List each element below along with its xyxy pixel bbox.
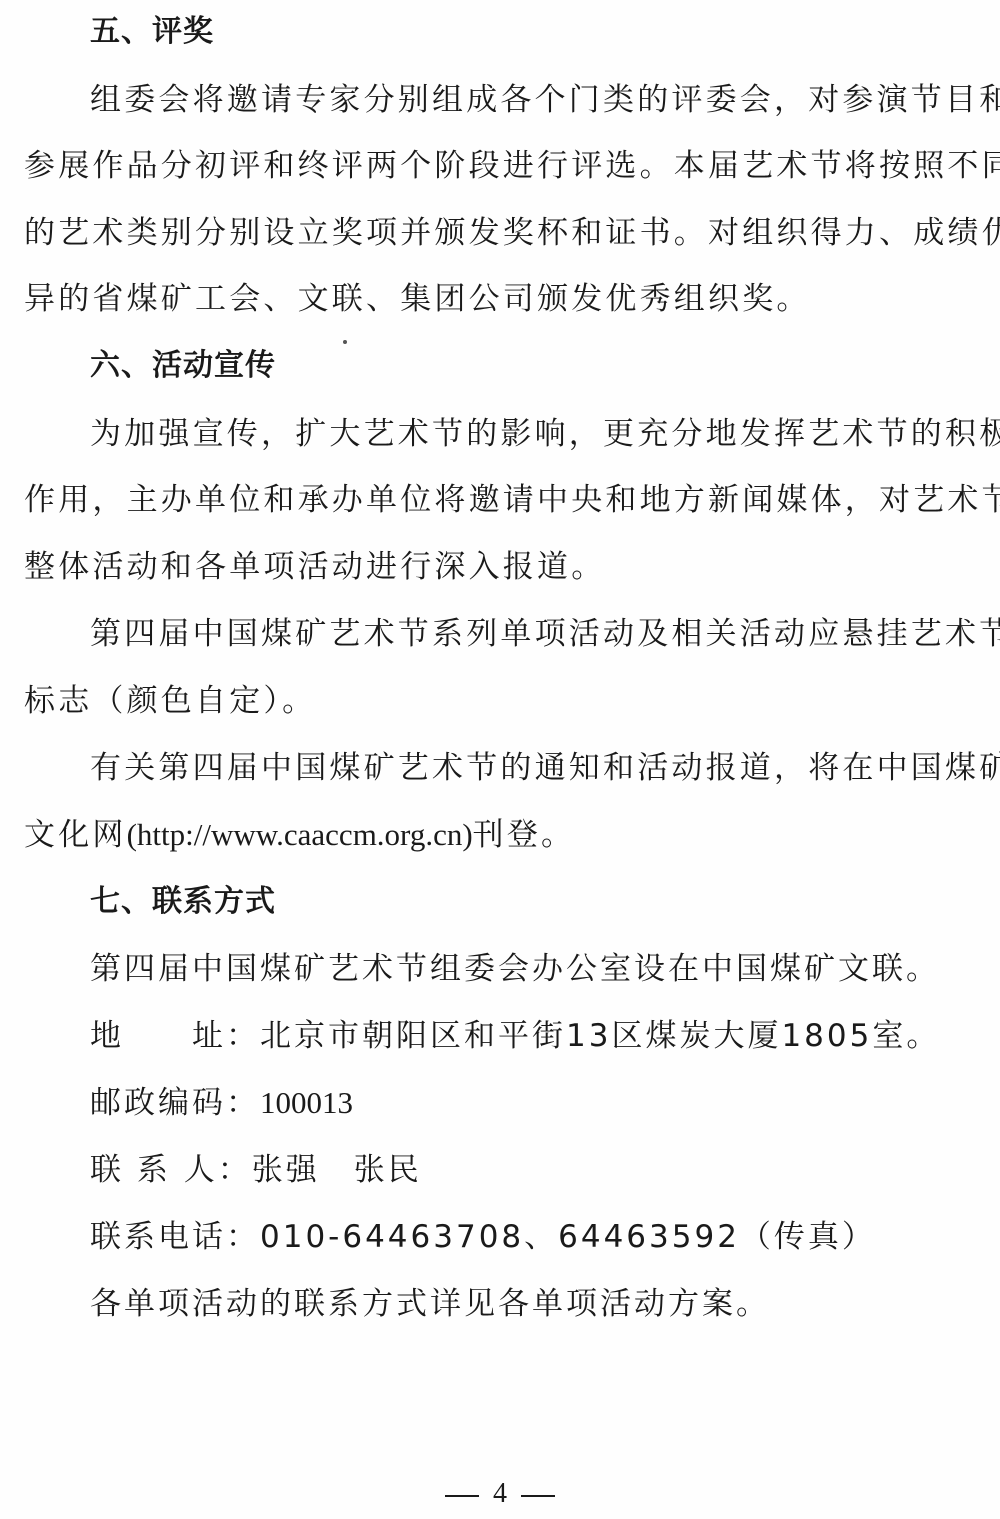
website-url-link[interactable]: (http://www.caaccm.org.cn) bbox=[127, 817, 473, 852]
dash-left bbox=[445, 1495, 479, 1497]
postcode-label: 邮政编码： bbox=[90, 1085, 260, 1121]
document-page: 五、评奖 组委会将邀请专家分别组成各个门类的评委会，对参演节目和 参展作品分初评… bbox=[0, 0, 1000, 1519]
contact-intro: 第四届中国煤矿艺术节组委会办公室设在中国煤矿文联。 bbox=[90, 949, 940, 989]
phone-value: 010-64463708、64463592（传真） bbox=[260, 1219, 876, 1255]
website-suffix: 刊登。 bbox=[473, 817, 576, 853]
section-heading-publicity: 六、活动宣传 bbox=[90, 346, 276, 386]
phone-label: 联系电话： bbox=[90, 1219, 260, 1255]
contact-person: 联 系 人：张强 张民 bbox=[90, 1150, 422, 1190]
paragraph-line: 作用，主办单位和承办单位将邀请中央和地方新闻媒体，对艺术节 bbox=[24, 480, 979, 520]
contact-postcode: 邮政编码：100013 bbox=[90, 1083, 353, 1123]
website-prefix: 文化网 bbox=[24, 817, 127, 853]
scan-speck bbox=[343, 340, 347, 344]
paragraph-line: 标志（颜色自定）。 bbox=[24, 681, 979, 721]
person-label: 联 系 人： bbox=[90, 1152, 252, 1188]
paragraph-line: 参展作品分初评和终评两个阶段进行评选。本届艺术节将按照不同 bbox=[24, 146, 979, 186]
contact-address: 地 址：北京市朝阳区和平街13区煤炭大厦1805室。 bbox=[90, 1016, 940, 1056]
paragraph-line: 为加强宣传，扩大艺术节的影响，更充分地发挥艺术节的积极 bbox=[90, 414, 979, 454]
section-heading-contact: 七、联系方式 bbox=[90, 882, 276, 922]
address-value: 北京市朝阳区和平街13区煤炭大厦1805室。 bbox=[260, 1018, 940, 1054]
paragraph-line-website: 文化网(http://www.caaccm.org.cn)刊登。 bbox=[24, 815, 979, 855]
paragraph-line: 组委会将邀请专家分别组成各个门类的评委会，对参演节目和 bbox=[90, 80, 979, 120]
postcode-value: 100013 bbox=[260, 1085, 353, 1120]
paragraph-line: 第四届中国煤矿艺术节系列单项活动及相关活动应悬挂艺术节 bbox=[90, 614, 979, 654]
paragraph-line: 异的省煤矿工会、文联、集团公司颁发优秀组织奖。 bbox=[24, 279, 979, 319]
paragraph-line: 整体活动和各单项活动进行深入报道。 bbox=[24, 547, 979, 587]
address-label: 地 址： bbox=[90, 1018, 260, 1054]
page-number-value: 4 bbox=[493, 1478, 507, 1509]
dash-right bbox=[521, 1495, 555, 1497]
paragraph-line: 的艺术类别分别设立奖项并颁发奖杯和证书。对组织得力、成绩优 bbox=[24, 213, 979, 253]
contact-closing: 各单项活动的联系方式详见各单项活动方案。 bbox=[90, 1284, 770, 1324]
page-number: 4 bbox=[0, 1476, 1000, 1512]
contact-phone: 联系电话：010-64463708、64463592（传真） bbox=[90, 1217, 876, 1257]
person-value: 张强 张民 bbox=[252, 1152, 422, 1188]
section-heading-awards: 五、评奖 bbox=[90, 12, 214, 52]
paragraph-line: 有关第四届中国煤矿艺术节的通知和活动报道，将在中国煤矿 bbox=[90, 748, 979, 788]
